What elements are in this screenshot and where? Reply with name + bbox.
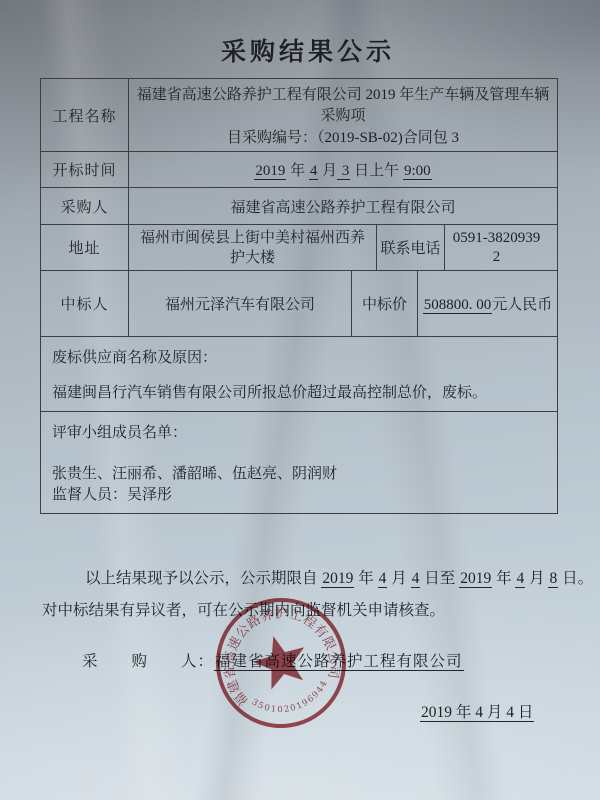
review-panel-cell: 评审小组成员名单： 张贵生、汪丽希、潘韶晞、伍赵亮、阴润财 监督人员：吴泽彤 <box>41 412 557 513</box>
period-from-month: 4 <box>378 570 388 588</box>
phone-value: 0591-38209392 <box>444 225 548 270</box>
winner-label: 中标人 <box>41 271 128 336</box>
winning-price-value: 508800. 00元人民币 <box>417 271 557 336</box>
winning-price-label: 中标价 <box>351 271 417 336</box>
table-row-purchaser: 采购人 福建省高速公路养护工程有限公司 <box>41 187 557 224</box>
table-row-winner: 中标人 福州元泽汽车有限公司 中标价 508800. 00元人民币 <box>41 270 557 336</box>
winning-price-currency: 元人民币 <box>492 297 552 313</box>
phone-label: 联系电话 <box>376 225 444 270</box>
winner-value: 福州元泽汽车有限公司 <box>128 271 351 336</box>
bid-open-time-value: 2019 年 4 月 3 日上午 9:00 <box>128 152 557 187</box>
address-label: 地址 <box>41 225 128 270</box>
bid-month: 4 <box>309 163 319 180</box>
document-title: 采购结果公示 <box>0 32 600 68</box>
winning-price-amount: 508800. 00 <box>423 297 493 314</box>
bid-open-time-label: 开标时间 <box>41 152 128 187</box>
table-row-review-panel: 评审小组成员名单： 张贵生、汪丽希、潘韶晞、伍赵亮、阴润财 监督人员：吴泽彤 <box>41 411 557 513</box>
rejected-bids-heading: 废标供应商名称及原因： <box>52 346 546 367</box>
svg-text:3501020196944: 3501020196944 <box>248 676 336 724</box>
review-panel-supervisor: 监督人员：吴泽彤 <box>52 483 546 504</box>
table-row-address: 地址 福州市闽侯县上街中美村福州西养护大楼 联系电话 0591-38209392 <box>41 224 557 270</box>
announcement-period-line: 以上结果现予以公示，公示期限自 2019 年 4 月 4 日至 2019 年 4… <box>85 566 593 588</box>
seal-registration-number: 3501020196944 <box>248 676 336 724</box>
signature-date: 2019 年 4 月 4 日 <box>420 700 534 722</box>
rejected-bids-reason: 福建闽昌行汽车销售有限公司所报总价超过最高控制总价，废标。 <box>52 381 546 402</box>
procurement-result-table: 工程名称 福建省高速公路养护工程有限公司 2019 年生产车辆及管理车辆采购项 … <box>40 78 558 514</box>
project-name-line2: 目采购编号：（2019-SB-02)合同包 3 <box>227 126 459 147</box>
rejected-bids-cell: 废标供应商名称及原因： 福建闽昌行汽车销售有限公司所报总价超过最高控制总价，废标… <box>41 337 557 411</box>
project-name-line1: 福建省高速公路养护工程有限公司 2019 年生产车辆及管理车辆采购项 <box>135 83 551 125</box>
review-panel-heading: 评审小组成员名单： <box>52 421 546 442</box>
table-row-bid-open-time: 开标时间 2019 年 4 月 3 日上午 9:00 <box>41 151 557 187</box>
period-from-day: 4 <box>411 570 421 588</box>
purchaser-label: 采购人 <box>41 188 128 224</box>
table-row-project-name: 工程名称 福建省高速公路养护工程有限公司 2019 年生产车辆及管理车辆采购项 … <box>41 79 557 151</box>
bid-year: 2019 <box>254 163 286 180</box>
bid-day: 3 <box>337 163 350 180</box>
project-name-value: 福建省高速公路养护工程有限公司 2019 年生产车辆及管理车辆采购项 目采购编号… <box>128 79 557 151</box>
table-row-rejected-bids: 废标供应商名称及原因： 福建闽昌行汽车销售有限公司所报总价超过最高控制总价，废标… <box>41 336 557 411</box>
address-value: 福州市闽侯县上街中美村福州西养护大楼 <box>128 225 376 270</box>
purchaser-value: 福建省高速公路养护工程有限公司 <box>128 188 557 224</box>
signature-purchaser-label: 采 购 人： <box>82 653 214 670</box>
bid-time: 9:00 <box>403 163 432 180</box>
project-name-label: 工程名称 <box>41 79 128 151</box>
period-to-day: 8 <box>548 570 558 588</box>
seal-star-icon <box>248 629 313 692</box>
period-to-month: 4 <box>515 570 525 588</box>
review-panel-members: 张贵生、汪丽希、潘韶晞、伍赵亮、阴润财 <box>52 462 546 483</box>
scanned-document-page: 采购结果公示 工程名称 福建省高速公路养护工程有限公司 2019 年生产车辆及管… <box>0 0 600 800</box>
period-to-year: 2019 <box>459 570 492 588</box>
